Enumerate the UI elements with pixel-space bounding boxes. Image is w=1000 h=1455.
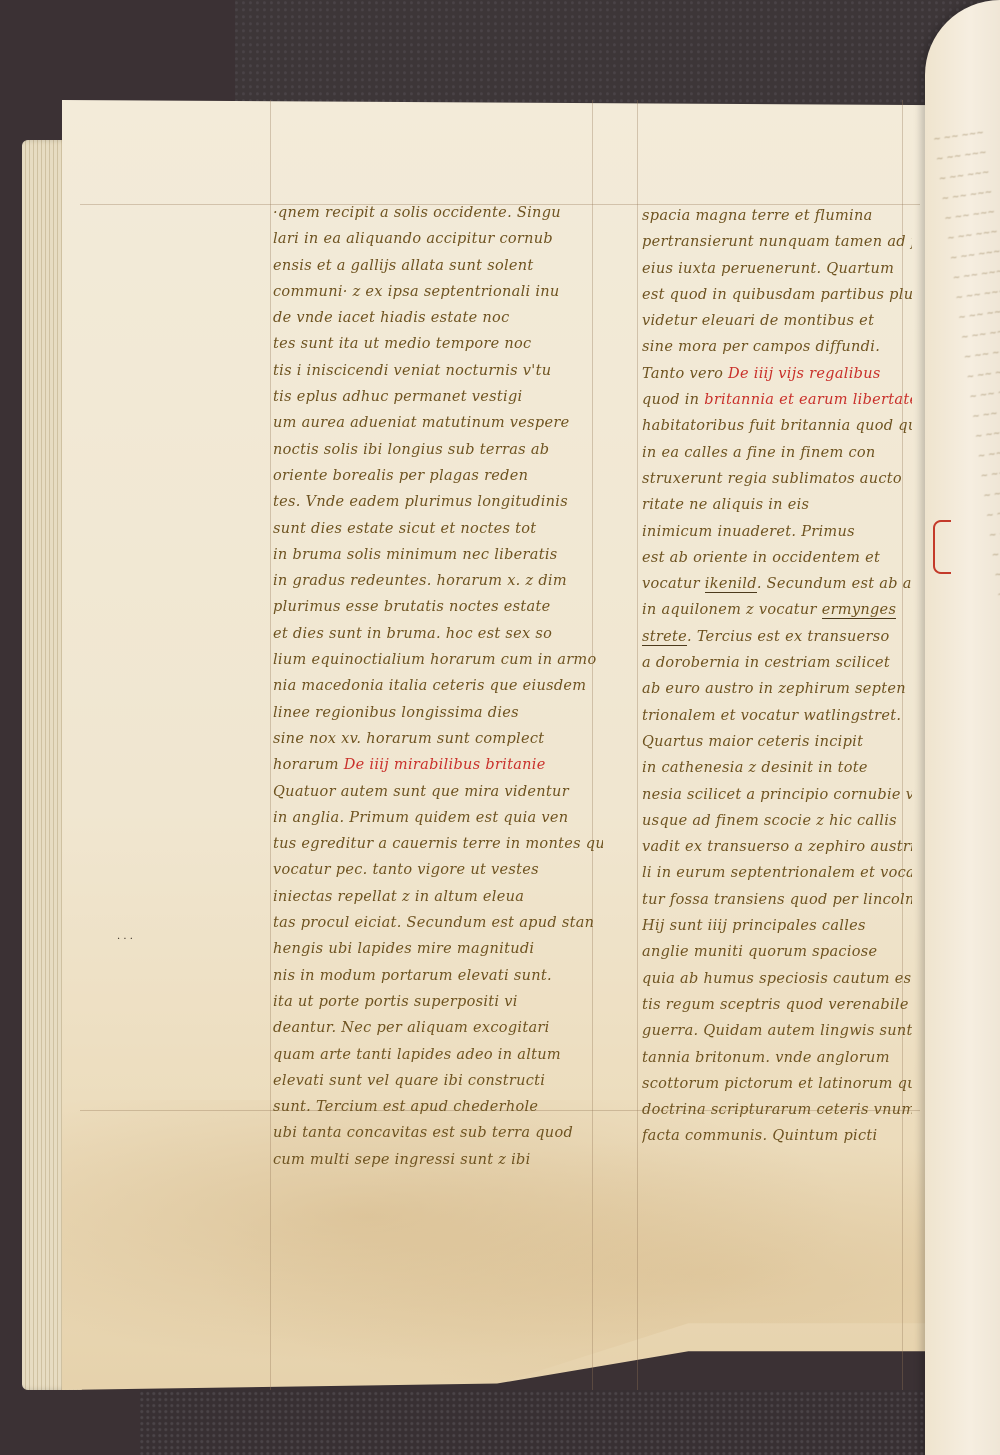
left-column-line: sunt. Tercium est apud chederhole — [273, 1094, 603, 1120]
right-column-line: est ab oriente in occidentem et — [642, 545, 912, 571]
ruling-line-left-outer — [270, 100, 271, 1390]
text-column-right: spacia magna terre et fluminapertransier… — [642, 203, 912, 1150]
left-column-line: in gradus redeuntes. horarum x. z dim — [273, 568, 603, 594]
left-column-line: in anglia. Primum quidem est quia ven — [273, 805, 603, 831]
right-column-line: anglie muniti quorum spaciose — [642, 939, 912, 965]
background-foam-bottom — [140, 1390, 1000, 1455]
left-column-line: cum multi sepe ingressi sunt z ibi — [273, 1147, 603, 1173]
right-column-line: strete. Tercius est ex transuerso — [642, 624, 912, 650]
right-column-line: nesia scilicet a principio cornubie vill… — [642, 782, 912, 808]
left-column-line: nis in modum portarum elevati sunt. — [273, 963, 603, 989]
left-column-line: deantur. Nec per aliquam excogitari — [273, 1015, 603, 1041]
right-column-line: guerra. Quidam autem lingwis sunt brit — [642, 1018, 912, 1044]
left-column-line: oriente borealis per plagas reden — [273, 463, 603, 489]
right-column-line: est quod in quibusdam partibus pluuia — [642, 282, 912, 308]
left-column-line: tes sunt ita ut medio tempore noc — [273, 331, 603, 357]
right-column-line: in aquilonem z vocatur ermynges — [642, 597, 912, 623]
right-column-line: habitatoribus fuit britannia quod quatuo… — [642, 413, 912, 439]
rubric-text: De iiij vijs regalibus — [728, 366, 881, 382]
left-column-line: vocatur pec. tanto vigore ut vestes — [273, 857, 603, 883]
right-column-line: quod in britannia et earum libertate — [642, 387, 912, 413]
left-column-line: in bruma solis minimum nec liberatis — [273, 542, 603, 568]
right-column-line: vadit ex transuerso a zephiro austri — [642, 834, 912, 860]
left-column-line: lari in ea aliquando accipitur cornub — [273, 226, 603, 252]
right-column-line: a dorobernia in cestriam scilicet — [642, 650, 912, 676]
left-column-line: nia macedonia italia ceteris que eiusdem — [273, 673, 603, 699]
right-column-line: Hij sunt iiij principales calles — [642, 913, 912, 939]
underlined-text: ermynges — [822, 602, 897, 619]
right-column-line: inimicum inuaderet. Primus — [642, 519, 912, 545]
left-column-line: elevati sunt vel quare ibi constructi — [273, 1068, 603, 1094]
right-column-line: pertransierunt nunquam tamen ad finem — [642, 229, 912, 255]
right-column-line: trionalem et vocatur watlingstret. — [642, 703, 912, 729]
right-column-line: tannia britonum. vnde anglorum — [642, 1045, 912, 1071]
rubric-text: De iiij mirabilibus britanie — [344, 757, 546, 773]
left-column-line: sine nox xv. horarum sunt complect — [273, 726, 603, 752]
right-column-line: Tanto vero De iiij vijs regalibus — [642, 361, 912, 387]
left-column-line: de vnde iacet hiadis estate noc — [273, 305, 603, 331]
right-column-line: quia ab humus speciosis cautum est — [642, 966, 912, 992]
right-column-line: spacia magna terre et flumina — [642, 203, 912, 229]
left-column-line: linee regionibus longissima dies — [273, 700, 603, 726]
left-column-line: et dies sunt in bruma. hoc est sex so — [273, 621, 603, 647]
right-column-line: in cathenesia z desinit in tote — [642, 755, 912, 781]
left-column-line: um aurea adueniat matutinum vespere — [273, 410, 603, 436]
left-column-line: noctis solis ibi longius sub terras ab — [273, 437, 603, 463]
right-column-line: eius iuxta peruenerunt. Quartum — [642, 256, 912, 282]
right-column-line: tur fossa transiens quod per lincolniam. — [642, 887, 912, 913]
left-column-line: quam arte tanti lapides adeo in altum — [273, 1042, 603, 1068]
right-column-line: li in eurum septentrionalem et voca — [642, 860, 912, 886]
text-column-left: ·qnem recipit a solis occidente. Singula… — [273, 200, 603, 1173]
left-column-line: lium equinoctialium horarum cum in armo — [273, 647, 603, 673]
left-column-line: ·qnem recipit a solis occidente. Singu — [273, 200, 603, 226]
left-column-line: sunt dies estate sicut et noctes tot — [273, 516, 603, 542]
underlined-text: strete — [642, 629, 687, 646]
left-column-line: Quatuor autem sunt que mira videntur — [273, 779, 603, 805]
right-column-line: videtur eleuari de montibus et — [642, 308, 912, 334]
left-column-line: ita ut porte portis superpositi vi — [273, 989, 603, 1015]
right-column-line: ritate ne aliquis in eis — [642, 492, 912, 518]
right-column-line: vocatur ikenild. Secundum est ab austro — [642, 571, 912, 597]
left-column-line: plurimus esse brutatis noctes estate — [273, 594, 603, 620]
left-column-line: ubi tanta concavitas est sub terra quod — [273, 1120, 603, 1146]
left-column-line: horarum De iiij mirabilibus britanie — [273, 752, 603, 778]
left-column-line: ensis et a gallijs allata sunt solent — [273, 253, 603, 279]
rubric-text: britannia et earum libertate — [704, 392, 912, 408]
left-column-line: tis i iniscicendi veniat nocturnis v'tu — [273, 358, 603, 384]
right-column-line: ab euro austro in zephirum septen — [642, 676, 912, 702]
left-column-line: hengis ubi lapides mire magnitudi — [273, 936, 603, 962]
facing-page-red-initial — [933, 520, 951, 574]
ruling-line-right-inner — [637, 100, 638, 1390]
left-column-line: tis eplus adhuc permanet vestigi — [273, 384, 603, 410]
margin-ink-dots: · · · — [117, 934, 133, 945]
left-column-line: communi· z ex ipsa septentrionali inu — [273, 279, 603, 305]
left-column-line: tes. Vnde eadem plurimus longitudinis — [273, 489, 603, 515]
left-column-line: tas procul eiciat. Secundum est apud sta… — [273, 910, 603, 936]
right-column-line: doctrina scripturarum ceteris vnum est — [642, 1097, 912, 1123]
left-column-line: tus egreditur a cauernis terre in montes… — [273, 831, 603, 857]
right-column-line: sine mora per campos diffundi. — [642, 334, 912, 360]
right-column-line: scottorum pictorum et latinorum que — [642, 1071, 912, 1097]
background-foam-top — [235, 0, 1000, 105]
right-column-line: Quartus maior ceteris incipit — [642, 729, 912, 755]
right-column-line: tis regum sceptris quod verenabile — [642, 992, 912, 1018]
left-column-line: iniectas repellat z in altum eleua — [273, 884, 603, 910]
right-column-line: usque ad finem scocie z hic callis — [642, 808, 912, 834]
right-column-line: facta communis. Quintum picti — [642, 1123, 912, 1149]
right-column-line: struxerunt regia sublimatos aucto — [642, 466, 912, 492]
underlined-text: ikenild — [705, 576, 757, 593]
right-column-line: in ea calles a fine in finem con — [642, 440, 912, 466]
